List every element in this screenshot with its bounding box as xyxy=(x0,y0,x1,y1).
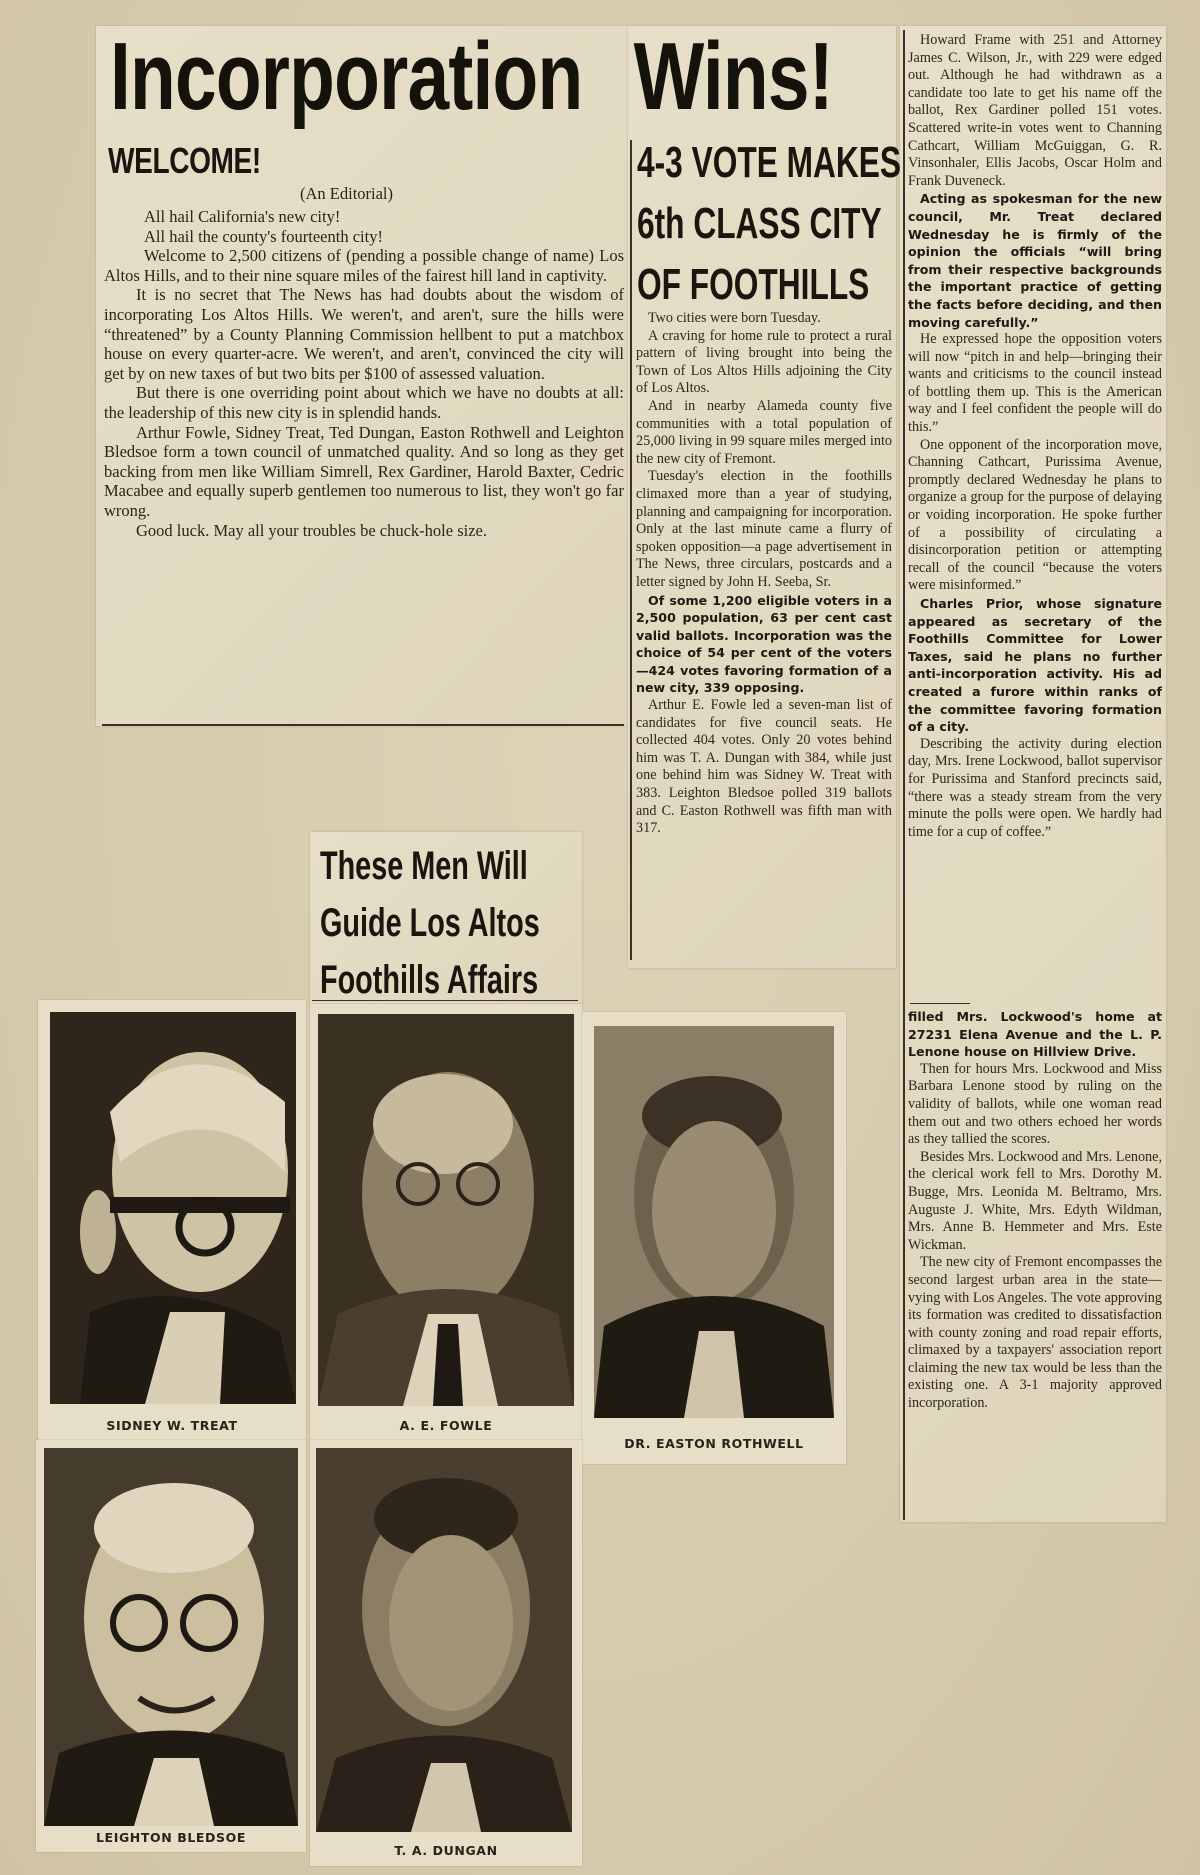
continued-paragraph: One opponent of the incorporation move, … xyxy=(908,437,1162,595)
editorial-line: All hail California's new city! xyxy=(104,207,624,227)
vote-paragraph-bold: Of some 1,200 eligible voters in a 2,500… xyxy=(636,592,892,698)
continued-paragraph: He expressed hope the opposition voters … xyxy=(908,331,1162,437)
vote-headline-line: 4-3 VOTE MAKES xyxy=(637,132,901,193)
photo-card-treat: SIDNEY W. TREAT xyxy=(38,1000,306,1440)
editorial-subtitle: (An Editorial) xyxy=(300,184,393,204)
vote-headline-line: 6th CLASS CITY xyxy=(637,193,901,254)
caption-rothwell: DR. EASTON ROTHWELL xyxy=(582,1436,846,1451)
vote-headline-line: OF FOOTHILLS xyxy=(637,254,901,315)
portrait-icon xyxy=(316,1448,572,1832)
vote-story-headline: 4-3 VOTE MAKES 6th CLASS CITY OF FOOTHIL… xyxy=(637,132,901,315)
portrait-photo-rothwell xyxy=(594,1026,834,1418)
main-headline: Incorporation Wins! xyxy=(110,22,726,132)
vote-paragraph: Two cities were born Tuesday. xyxy=(636,310,892,328)
editorial-bottom-rule xyxy=(102,724,624,726)
portrait-icon xyxy=(594,1026,834,1418)
vote-paragraph: And in nearby Alameda county five commun… xyxy=(636,398,892,468)
editorial-paragraph: It is no secret that The News has had do… xyxy=(104,285,624,383)
editorial-paragraph: Arthur Fowle, Sidney Treat, Ted Dungan, … xyxy=(104,423,624,521)
photo-card-bledsoe: LEIGHTON BLEDSOE xyxy=(36,1440,306,1852)
photos-headline-line: These Men Will xyxy=(320,838,540,895)
continued-break-rule xyxy=(910,1003,970,1004)
vote-paragraph: Arthur E. Fowle led a seven-man list of … xyxy=(636,697,892,838)
caption-bledsoe: LEIGHTON BLEDSOE xyxy=(36,1830,306,1845)
portrait-icon xyxy=(44,1448,298,1826)
portrait-icon xyxy=(50,1012,296,1404)
portrait-photo-treat xyxy=(50,1012,296,1404)
editorial-paragraph: But there is one overriding point about … xyxy=(104,383,624,422)
vote-paragraph: Tuesday's election in the foothills clim… xyxy=(636,468,892,591)
portrait-photo-fowle xyxy=(318,1014,574,1406)
editorial-body: All hail California's new city! All hail… xyxy=(104,207,624,540)
editorial-title: WELCOME! xyxy=(108,140,261,182)
photo-card-rothwell: DR. EASTON ROTHWELL xyxy=(582,1012,846,1464)
continued-paragraph-bold: filled Mrs. Lockwood's home at 27231 Ele… xyxy=(908,1008,1162,1061)
continued-column-body: Howard Frame with 251 and Attorney James… xyxy=(908,32,1162,841)
column-rule-right xyxy=(903,30,905,1520)
portrait-photo-dungan xyxy=(316,1448,572,1832)
continued-paragraph: Howard Frame with 251 and Attorney James… xyxy=(908,32,1162,190)
continued-paragraph: Besides Mrs. Lockwood and Mrs. Lenone, t… xyxy=(908,1149,1162,1255)
photo-card-dungan: T. A. DUNGAN xyxy=(310,1440,582,1866)
photos-headline: These Men Will Guide Los Altos Foothills… xyxy=(320,838,540,1009)
continued-paragraph: Then for hours Mrs. Lockwood and Miss Ba… xyxy=(908,1061,1162,1149)
continued-column-body-2: filled Mrs. Lockwood's home at 27231 Ele… xyxy=(908,1008,1162,1413)
editorial-paragraph: Good luck. May all your troubles be chuc… xyxy=(104,521,624,541)
photos-headline-line: Guide Los Altos xyxy=(320,895,540,952)
caption-fowle: A. E. FOWLE xyxy=(310,1418,582,1433)
caption-treat: SIDNEY W. TREAT xyxy=(38,1418,306,1433)
vote-story-body: Two cities were born Tuesday. A craving … xyxy=(636,310,892,838)
caption-dungan: T. A. DUNGAN xyxy=(310,1843,582,1858)
portrait-photo-bledsoe xyxy=(44,1448,298,1826)
editorial-paragraph: Welcome to 2,500 citizens of (pending a … xyxy=(104,246,624,285)
photo-card-fowle: A. E. FOWLE xyxy=(310,1004,582,1440)
continued-paragraph-bold: Acting as spokesman for the new council,… xyxy=(908,190,1162,331)
editorial-line: All hail the county's fourteenth city! xyxy=(104,227,624,247)
column-rule-left xyxy=(630,140,632,960)
portrait-icon xyxy=(318,1014,574,1406)
continued-paragraph: The new city of Fremont encompasses the … xyxy=(908,1254,1162,1412)
photos-headline-rule xyxy=(312,1000,578,1001)
vote-paragraph: A craving for home rule to protect a rur… xyxy=(636,328,892,398)
continued-paragraph: Describing the activity during election … xyxy=(908,736,1162,842)
continued-paragraph-bold: Charles Prior, whose signature appeared … xyxy=(908,595,1162,736)
